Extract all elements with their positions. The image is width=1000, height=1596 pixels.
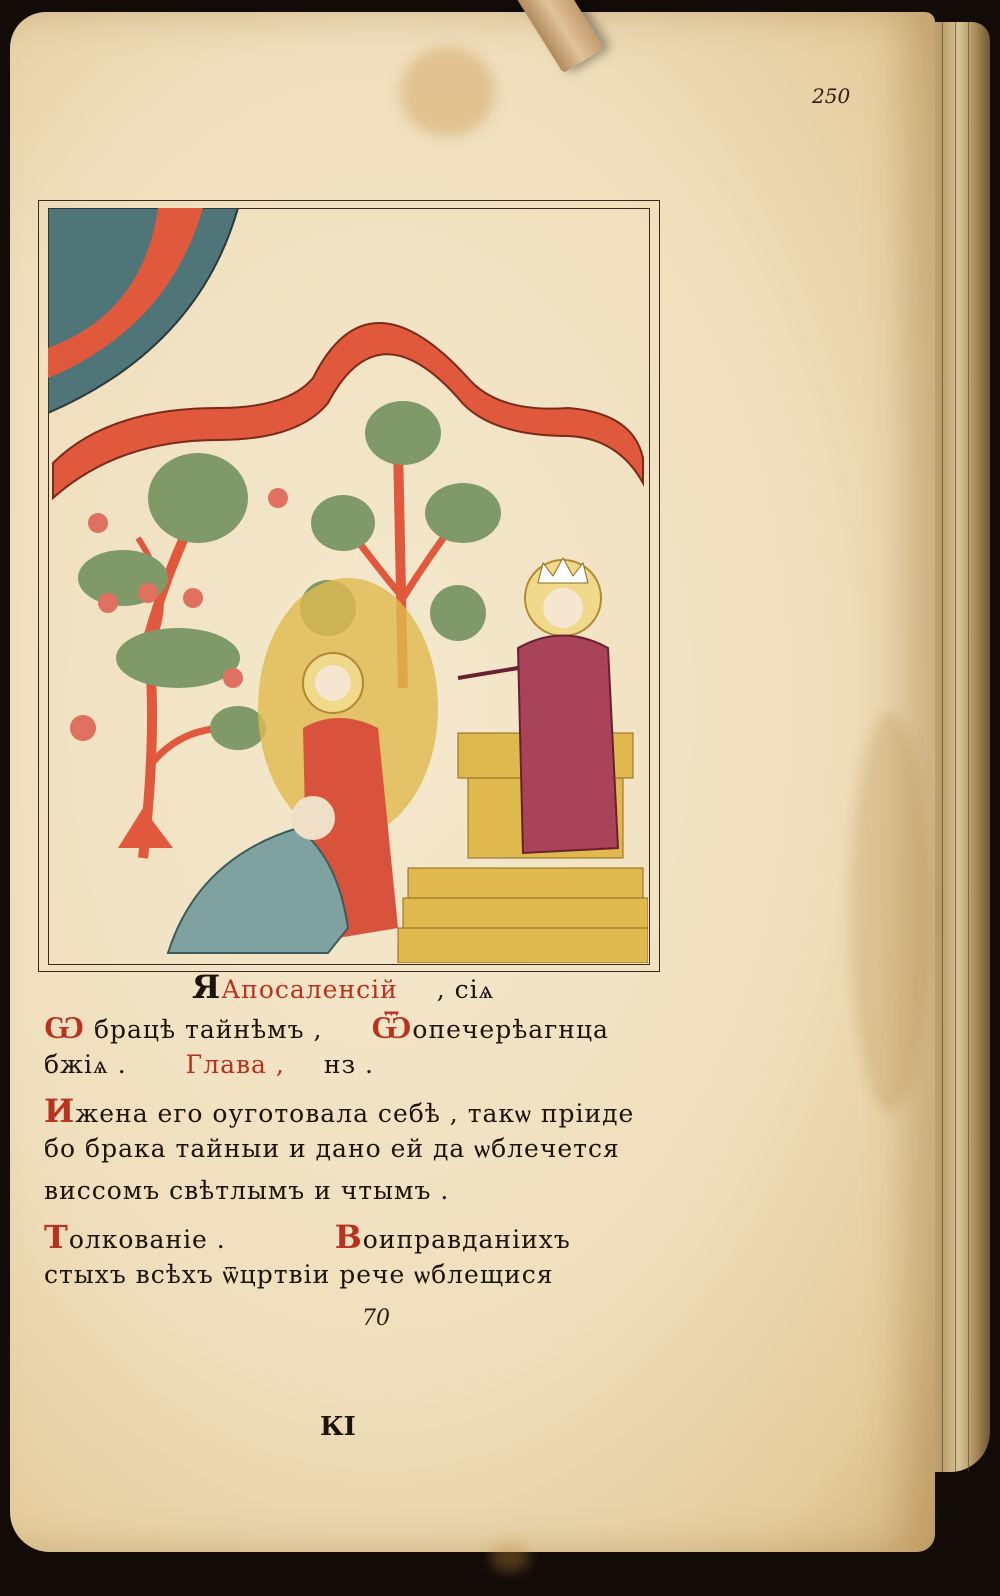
text-line-4: Ижена его оуготовала себѣ , такѡ пріиде [44, 1092, 634, 1130]
text-line-6: виссомъ свѣтлымъ и чтымъ . [44, 1176, 449, 1205]
page-number: 70 [362, 1306, 390, 1331]
illustration [48, 208, 648, 963]
folio-number: 250 [812, 84, 850, 108]
text-line-5: бо брака тайныи и дано ей да ѡблечется [44, 1134, 620, 1164]
text-line-1: ЯАпосаленсій , сіѧ [192, 968, 494, 1006]
text-line-7: Толкованіе . Воиправданіихъ [44, 1218, 571, 1256]
text-line-8: стыхъ всѣхъ ѿцртвіи рече ѡблещися [44, 1260, 554, 1290]
text-line-3: бжіѧ . Глава , нз . [44, 1050, 374, 1080]
text-line-2: Ѡ брацѣ тайнѣмъ , Ѿопечерѣагнца [44, 1008, 609, 1046]
quire-signature: КІ [320, 1412, 356, 1442]
